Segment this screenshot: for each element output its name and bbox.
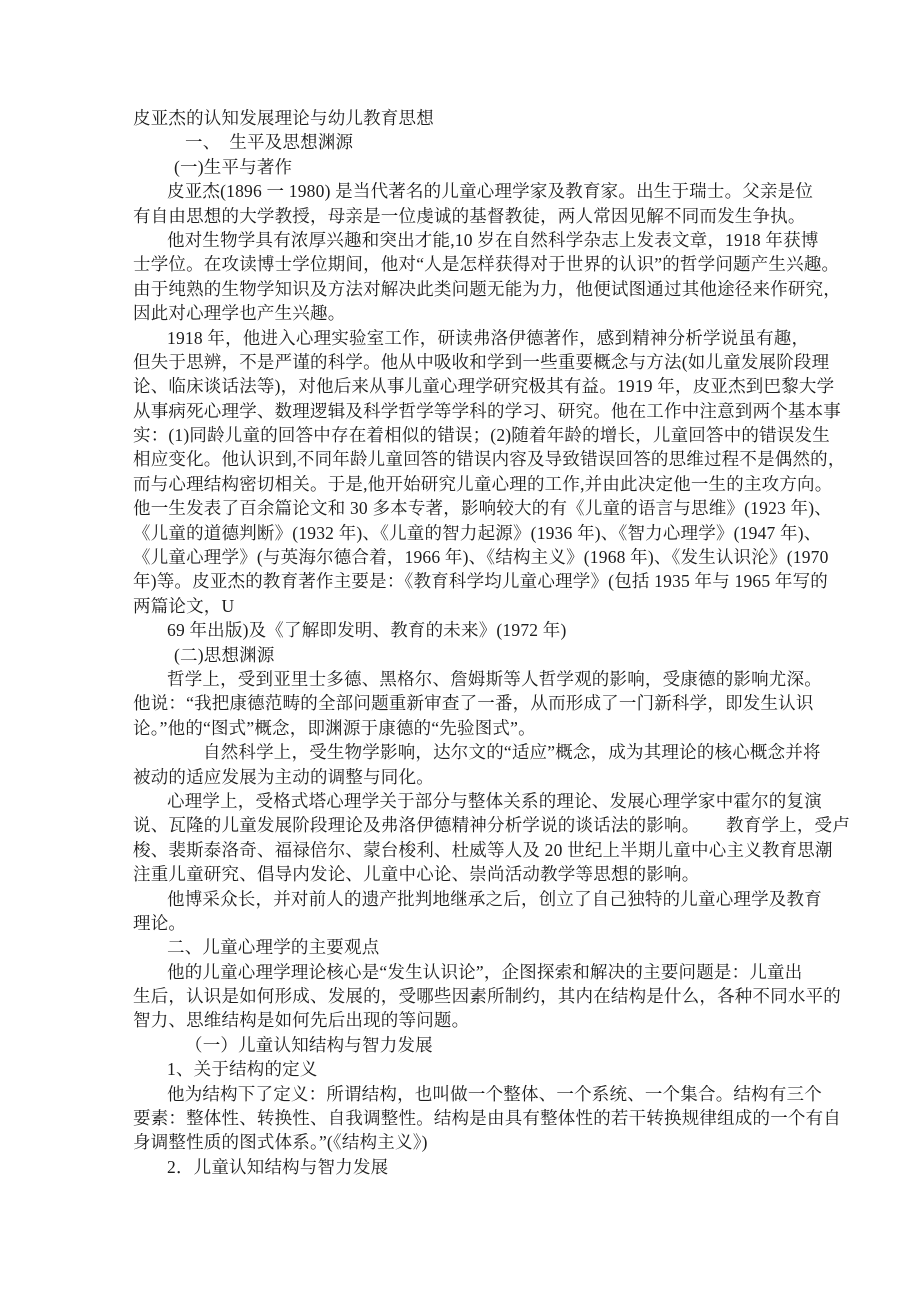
text-line: 二、儿童心理学的主要观点 [133, 935, 833, 959]
subsection-heading: (一)生平与著作 [133, 155, 833, 179]
text-line: 智力、思维结构是如何先后出现的等问题。 [133, 1008, 833, 1032]
body-paragraph: 他的儿童心理学理论核心是“发生认识论”，企图探索和解决的主要问题是：儿童出生后，… [133, 960, 833, 1033]
document-title: 皮亚杰的认知发展理论与幼儿教育思想 [133, 106, 833, 130]
text-line: 一、 生平及思想渊源 [133, 130, 833, 154]
text-line: 被动的适应发展为主动的调整与同化。 [133, 765, 833, 789]
text-line: 他为结构下了定义：所谓结构，也叫做一个整体、一个系统、一个集合。结构有三个 [133, 1082, 833, 1106]
text-line: 由于纯熟的生物学知识及方法对解决此类问题无能为力，他便试图通过其他途径来作研究， [133, 277, 833, 301]
body-paragraph: 心理学上，受格式塔心理学关于部分与整体关系的理论、发展心理学家中霍尔的复演说、瓦… [133, 789, 833, 887]
text-line: 梭、裴斯泰洛奇、福禄倍尔、蒙台梭利、杜威等人及 20 世纪上半期儿童中心主义教育… [133, 838, 833, 862]
body-paragraph: 他博采众长，并对前人的遗产批判地继承之后，创立了自己独特的儿童心理学及教育理论。 [133, 887, 833, 936]
text-line: 身调整性质的图式体系。”(《结构主义》) [133, 1130, 833, 1154]
document-body: 皮亚杰的认知发展理论与幼儿教育思想一、 生平及思想渊源(一)生平与著作皮亚杰(1… [133, 106, 833, 1179]
section-heading: （一）儿童认知结构与智力发展 [133, 1033, 833, 1057]
text-line: 要素：整体性、转换性、自我调整性。结构是由具有整体性的若干转换规律组成的一个有自 [133, 1106, 833, 1130]
text-line: 皮亚杰(1896 一 1980) 是当代著名的儿童心理学家及教育家。出生于瑞士。… [133, 179, 833, 203]
body-paragraph: 自然科学上，受生物学影响，达尔文的“适应”概念，成为其理论的核心概念并将被动的适… [133, 740, 833, 789]
text-line: 实：(1)同龄儿童的回答中存在着相似的错误；(2)随着年龄的增长，儿童回答中的错… [133, 423, 833, 447]
text-line: 士学位。在攻读博士学位期间，他对“人是怎样获得对于世界的认识”的哲学问题产生兴趣… [133, 252, 833, 276]
text-line: 两篇论文，U [133, 594, 833, 618]
text-line: 《儿童的道德判断》(1932 年)、《儿童的智力起源》(1936 年)、《智力心… [133, 521, 833, 545]
text-line: 而与心理结构密切相关。于是,他开始研究儿童心理的工作,并由此决定他一生的主攻方向… [133, 472, 833, 496]
body-paragraph: 2．儿童认知结构与智力发展 [133, 1155, 833, 1179]
subsection-heading: (二)思想渊源 [133, 643, 833, 667]
text-line: 他说：“我把康德范畴的全部问题重新审查了一番，从而形成了一门新科学，即发生认识 [133, 691, 833, 715]
text-line: 理论。 [133, 911, 833, 935]
body-paragraph: 他为结构下了定义：所谓结构，也叫做一个整体、一个系统、一个集合。结构有三个要素：… [133, 1082, 833, 1155]
text-line: 注重儿童研究、倡导内发论、儿童中心论、崇尚活动教学等思想的影响。 [133, 862, 833, 886]
text-line: (二)思想渊源 [133, 643, 833, 667]
text-line: 69 年出版)及《了解即发明、教育的未来》(1972 年) [133, 618, 833, 642]
body-paragraph: 他对生物学具有浓厚兴趣和突出才能,10 岁在自然科学杂志上发表文章，1918 年… [133, 228, 833, 326]
text-line: 年)等。皮亚杰的教育著作主要是：《教育科学均儿童心理学》(包括 1935 年与 … [133, 569, 833, 593]
section-heading: 一、 生平及思想渊源 [133, 130, 833, 154]
text-line: 相应变化。他认识到,不同年龄儿童回答的错误内容及导致错误回答的思维过程不是偶然的… [133, 447, 833, 471]
text-line: 说、瓦隆的儿童发展阶段理论及弗洛伊德精神分析学说的谈话法的影响。 教育学上，受卢 [133, 813, 833, 837]
text-line: 他对生物学具有浓厚兴趣和突出才能,10 岁在自然科学杂志上发表文章，1918 年… [133, 228, 833, 252]
text-line: 他的儿童心理学理论核心是“发生认识论”，企图探索和解决的主要问题是：儿童出 [133, 960, 833, 984]
text-line: 《儿童心理学》(与英海尔德合着，1966 年)、《结构主义》(1968 年)、《… [133, 545, 833, 569]
text-line: 从事病死心理学、数理逻辑及科学哲学等学科的学习、研究。他在工作中注意到两个基本事 [133, 399, 833, 423]
text-line: 有自由思想的大学教授，母亲是一位虔诚的基督教徒，两人常因见解不同而发生争执。 [133, 204, 833, 228]
text-line: 生后，认识是如何形成、发展的，受哪些因素所制约，其内在结构是什么，各种不同水平的 [133, 984, 833, 1008]
text-line: 但失于思辨，不是严谨的科学。他从中吸收和学到一些重要概念与方法(如儿童发展阶段理 [133, 350, 833, 374]
body-paragraph: 皮亚杰(1896 一 1980) 是当代著名的儿童心理学家及教育家。出生于瑞士。… [133, 179, 833, 228]
text-line: （一）儿童认知结构与智力发展 [133, 1033, 833, 1057]
text-line: 皮亚杰的认知发展理论与幼儿教育思想 [133, 106, 833, 130]
page: { "page": { "background": "#ffffff", "te… [0, 0, 920, 1302]
text-line: (一)生平与著作 [133, 155, 833, 179]
body-paragraph: 1918 年，他进入心理实验室工作，研读弗洛伊德著作，感到精神分析学说虽有趣，但… [133, 326, 833, 619]
body-paragraph: 二、儿童心理学的主要观点 [133, 935, 833, 959]
text-line: 1、关于结构的定义 [133, 1057, 833, 1081]
text-line: 自然科学上，受生物学影响，达尔文的“适应”概念，成为其理论的核心概念并将 [133, 740, 833, 764]
text-line: 论。”他的“图式”概念，即渊源于康德的“先验图式”。 [133, 716, 833, 740]
text-line: 他一生发表了百余篇论文和 30 多本专著，影响较大的有《儿童的语言与思维》(19… [133, 496, 833, 520]
text-line: 他博采众长，并对前人的遗产批判地继承之后，创立了自己独特的儿童心理学及教育 [133, 887, 833, 911]
body-paragraph: 哲学上，受到亚里士多德、黑格尔、詹姆斯等人哲学观的影响，受康德的影响尤深。他说：… [133, 667, 833, 740]
text-line: 心理学上，受格式塔心理学关于部分与整体关系的理论、发展心理学家中霍尔的复演 [133, 789, 833, 813]
text-line: 因此对心理学也产生兴趣。 [133, 301, 833, 325]
body-paragraph: 1、关于结构的定义 [133, 1057, 833, 1081]
text-line: 2．儿童认知结构与智力发展 [133, 1155, 833, 1179]
text-line: 哲学上，受到亚里士多德、黑格尔、詹姆斯等人哲学观的影响，受康德的影响尤深。 [133, 667, 833, 691]
text-line: 论、临床谈话法等)，对他后来从事儿童心理学研究极其有益。1919 年，皮亚杰到巴… [133, 374, 833, 398]
body-paragraph: 69 年出版)及《了解即发明、教育的未来》(1972 年) [133, 618, 833, 642]
text-line: 1918 年，他进入心理实验室工作，研读弗洛伊德著作，感到精神分析学说虽有趣， [133, 326, 833, 350]
